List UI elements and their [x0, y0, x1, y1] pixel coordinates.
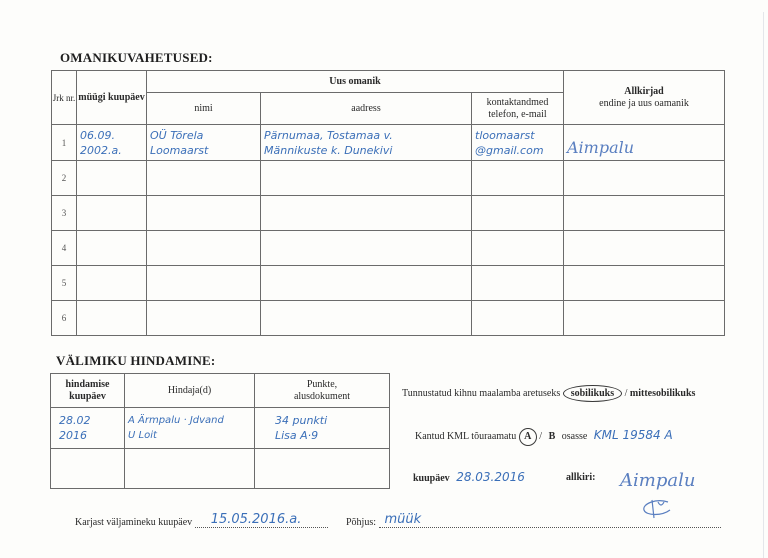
owner-contact-cell[interactable] — [472, 161, 564, 196]
owner-name-cell[interactable] — [147, 196, 261, 231]
option-unsuitable[interactable]: mittesobilikuks — [630, 388, 696, 399]
row-number: 6 — [52, 301, 77, 336]
exit-reason-line: Põhjus: müük — [346, 513, 721, 528]
assessor-line1: A Ärmpalu · Jdvand — [128, 413, 254, 428]
registry-label: Kantud KML tõuraamatu — [415, 431, 516, 442]
header-signatures: Allkirjad endine ja uus oamanik — [564, 71, 725, 125]
certification-date-value[interactable]: 28.03.2016 — [456, 470, 525, 484]
exit-date-line: Karjast väljamineku kuupäev 15.05.2016.a… — [75, 513, 328, 528]
assessment-date-line2: 2016 — [59, 428, 124, 443]
assessor-cell[interactable] — [125, 449, 255, 489]
owner-name-cell[interactable]: OÜ Tõrela Loomaarst — [147, 125, 261, 161]
owner-signature: Aimpalu — [567, 138, 634, 157]
points-line2: Lisa A·9 — [275, 428, 389, 443]
signature-cell[interactable] — [564, 231, 725, 266]
points-cell[interactable]: 34 punkti Lisa A·9 — [255, 408, 390, 449]
sale-date-cell[interactable] — [77, 196, 147, 231]
owner-name-cell[interactable] — [147, 301, 261, 336]
row-number: 3 — [52, 196, 77, 231]
certification-line: Tunnustatud kihnu maalamba aretuseks sob… — [402, 385, 695, 402]
header-assessment-date: hindamise kuupäev — [51, 374, 125, 408]
signature-cell[interactable] — [564, 196, 725, 231]
row-number: 2 — [52, 161, 77, 196]
table-row: 5 — [52, 266, 725, 301]
sale-date-line2: 2002.a. — [80, 143, 146, 158]
table-row — [51, 449, 390, 489]
header-points: Punkte, alusdokument — [255, 374, 390, 408]
signature-cell[interactable] — [564, 301, 725, 336]
header-assessor: Hindaja(d) — [125, 374, 255, 408]
appearance-table: hindamise kuupäev Hindaja(d) Punkte, alu… — [50, 373, 390, 489]
owner-address-cell[interactable] — [261, 266, 472, 301]
certification-date-line: kuupäev 28.03.2016 — [413, 470, 525, 484]
assessment-date-line1: 28.02 — [59, 413, 124, 428]
table-row: 6 — [52, 301, 725, 336]
header-address: aadress — [261, 93, 472, 125]
header-signatures-title: Allkirjad — [564, 86, 724, 98]
points-line1: 34 punkti — [275, 413, 389, 428]
page-edge — [763, 12, 764, 558]
header-jrk: Jrk nr. — [52, 71, 77, 125]
sale-date-cell[interactable]: 06.09. 2002.a. — [77, 125, 147, 161]
registry-number[interactable]: KML 19584 A — [594, 428, 673, 442]
header-new-owner: Uus omanik — [147, 71, 564, 93]
registry-option-b[interactable]: B — [549, 431, 556, 442]
owner-address-cell[interactable] — [261, 231, 472, 266]
sale-date-cell[interactable] — [77, 231, 147, 266]
registry-option-a[interactable]: A — [519, 428, 537, 446]
certification-label: Tunnustatud kihnu maalamba aretuseks — [402, 388, 560, 399]
certification-date-label: kuupäev — [413, 473, 450, 484]
header-signatures-sub: endine ja uus oamanik — [564, 98, 724, 110]
header-name: nimi — [147, 93, 261, 125]
certification-signature-label: allkiri: — [566, 472, 595, 483]
row-number: 1 — [52, 125, 77, 161]
table-row: 1 06.09. 2002.a. OÜ Tõrela Loomaarst Pär… — [52, 125, 725, 161]
owner-address-cell[interactable] — [261, 301, 472, 336]
sale-date-cell[interactable] — [77, 161, 147, 196]
table-row: 28.02 2016 A Ärmpalu · Jdvand U Loit 34 … — [51, 408, 390, 449]
exit-reason-label: Põhjus: — [346, 517, 376, 528]
owner-contact-cell[interactable]: tloomaarst @gmail.com — [472, 125, 564, 161]
header-contact: kontaktandmed telefon, e-mail — [472, 93, 564, 125]
owner-contact-cell[interactable] — [472, 301, 564, 336]
owner-address-cell[interactable] — [261, 161, 472, 196]
option-suitable[interactable]: sobilikuks — [563, 385, 622, 402]
exit-reason-value: müük — [385, 512, 422, 527]
owner-address-line1: Pärnumaa, Tostamaa v. — [264, 128, 471, 143]
registry-section-label: osasse — [562, 431, 588, 442]
assessment-date-cell[interactable] — [51, 449, 125, 489]
points-cell[interactable] — [255, 449, 390, 489]
certification-signature[interactable]: Aimpalu — [620, 470, 695, 491]
ownership-table: Jrk nr. müügi kuupäev Uus omanik Allkirj… — [51, 70, 725, 336]
table-row: 2 — [52, 161, 725, 196]
owner-address-cell[interactable]: Pärnumaa, Tostamaa v. Männikuste k. Dune… — [261, 125, 472, 161]
owner-address-line2: Männikuste k. Dunekivi — [264, 143, 471, 158]
certification-separator: / — [625, 388, 628, 399]
exit-date-field[interactable]: 15.05.2016.a. — [195, 513, 328, 528]
owner-contact-cell[interactable] — [472, 231, 564, 266]
row-number: 5 — [52, 266, 77, 301]
signature-cell[interactable] — [564, 266, 725, 301]
owner-contact-line1: tloomaarst — [475, 128, 563, 143]
header-sale-date: müügi kuupäev — [77, 71, 147, 125]
owner-name-cell[interactable] — [147, 231, 261, 266]
sale-date-cell[interactable] — [77, 301, 147, 336]
sale-date-cell[interactable] — [77, 266, 147, 301]
ownership-section-title: OMANIKUVAHETUSED: — [60, 50, 213, 66]
appearance-section-title: VÄLIMIKU HINDAMINE: — [56, 353, 215, 369]
assessor-cell[interactable]: A Ärmpalu · Jdvand U Loit — [125, 408, 255, 449]
sale-date-line1: 06.09. — [80, 128, 146, 143]
owner-name-line2: Loomaarst — [150, 143, 260, 158]
owner-contact-cell[interactable] — [472, 196, 564, 231]
registry-separator: / — [539, 431, 542, 442]
assessment-date-cell[interactable]: 28.02 2016 — [51, 408, 125, 449]
owner-name-cell[interactable] — [147, 161, 261, 196]
exit-date-value: 15.05.2016.a. — [211, 512, 302, 527]
table-row: 3 — [52, 196, 725, 231]
owner-address-cell[interactable] — [261, 196, 472, 231]
row-number: 4 — [52, 231, 77, 266]
owner-name-cell[interactable] — [147, 266, 261, 301]
owner-name-line1: OÜ Tõrela — [150, 128, 260, 143]
owner-contact-cell[interactable] — [472, 266, 564, 301]
exit-date-label: Karjast väljamineku kuupäev — [75, 517, 192, 528]
signature-cell[interactable]: Aimpalu — [564, 125, 725, 161]
assessor-line2: U Loit — [128, 428, 254, 443]
table-row: 4 — [52, 231, 725, 266]
exit-reason-field[interactable]: müük — [379, 513, 721, 528]
owner-contact-line2: @gmail.com — [475, 143, 563, 158]
signature-cell[interactable] — [564, 161, 725, 196]
registry-line: Kantud KML tõuraamatu A / B osasse KML 1… — [415, 428, 673, 446]
